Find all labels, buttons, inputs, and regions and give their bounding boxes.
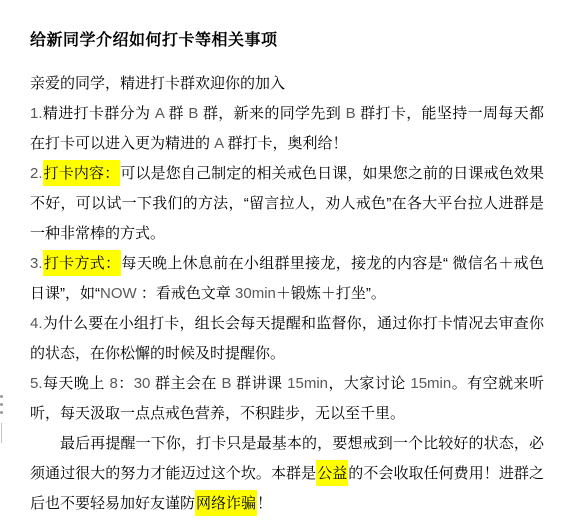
latin-text-segment: 8 [109, 375, 117, 392]
latin-text-segment: 4. [30, 315, 43, 332]
highlighted-text: 打卡内容： [43, 160, 121, 186]
text-segment: 精进打卡群分为 [43, 105, 155, 122]
text-segment: 群主会在 [150, 375, 221, 392]
latin-text-segment: NOW [100, 285, 137, 302]
text-segment: 每天晚上 [43, 375, 110, 392]
left-edge-marker-dot [0, 395, 3, 398]
highlighted-text: 网络诈骗 [195, 490, 257, 516]
latin-text-segment: 5. [30, 375, 43, 392]
latin-text-segment: B [188, 105, 198, 122]
paragraph: 亲爱的同学，精进打卡群欢迎你的加入 [30, 69, 544, 99]
highlighted-text: 公益 [316, 460, 348, 486]
paragraph: 最后再提醒一下你，打卡只是最基本的，要想戒到一个比较好的状态，必须通过很大的努力… [30, 429, 544, 519]
text-segment: 为什么要在小组打卡，组长会每天提醒和监督你，通过你打卡情况去审查你的状态，在你松… [30, 315, 544, 362]
text-segment: 群讲课 [232, 375, 288, 392]
latin-text-segment: 30 [134, 375, 151, 392]
text-segment: 群，新来的同学先到 [198, 105, 345, 122]
latin-text-segment: 2. [30, 165, 43, 182]
text-segment: 群 [164, 105, 188, 122]
left-edge-marker-line [1, 423, 2, 443]
document-page: 给新同学介绍如何打卡等相关事项 亲爱的同学，精进打卡群欢迎你的加入1.精进打卡群… [0, 0, 565, 525]
latin-text-segment: 30min [235, 285, 276, 302]
paragraph: 2.打卡内容：可以是您自己制定的相关戒色日课，如果您之前的日课戒色效果不好，可以… [30, 159, 544, 249]
text-segment: ：看戒色文章 [137, 285, 235, 302]
latin-text-segment: 3. [30, 255, 43, 272]
latin-text-segment: A [214, 135, 223, 152]
document-content: 亲爱的同学，精进打卡群欢迎你的加入1.精进打卡群分为 A 群 B 群，新来的同学… [30, 69, 544, 519]
text-segment: ，大家讨论 [328, 375, 410, 392]
paragraph: 5.每天晚上 8：30 群主会在 B 群讲课 15min，大家讨论 15min。… [30, 369, 544, 429]
latin-text-segment: B [346, 105, 356, 122]
latin-text-segment: A [155, 105, 164, 122]
highlighted-text: 打卡方式： [43, 250, 122, 276]
latin-text-segment: B [221, 375, 231, 392]
left-edge-marker-dot [0, 403, 3, 406]
latin-text-segment: 15min [410, 375, 451, 392]
paragraph: 4.为什么要在小组打卡，组长会每天提醒和监督你，通过你打卡情况去审查你的状态，在… [30, 309, 544, 369]
left-edge-marker-dot [0, 411, 3, 414]
latin-text-segment: 1. [30, 105, 43, 122]
paragraph: 3.打卡方式：每天晚上休息前在小组群里接龙，接龙的内容是“ 微信名＋戒色日课”，… [30, 249, 544, 309]
text-segment: ！ [257, 495, 272, 512]
text-segment: 群打卡，奥利给！ [223, 135, 347, 152]
document-title: 给新同学介绍如何打卡等相关事项 [30, 27, 278, 50]
text-segment: ： [118, 375, 134, 392]
text-segment: ＋锻炼＋打坐”。 [276, 285, 386, 302]
latin-text-segment: 15min [287, 375, 328, 392]
paragraph: 1.精进打卡群分为 A 群 B 群，新来的同学先到 B 群打卡，能坚持一周每天都… [30, 99, 544, 159]
text-segment: 亲爱的同学，精进打卡群欢迎你的加入 [30, 75, 285, 92]
